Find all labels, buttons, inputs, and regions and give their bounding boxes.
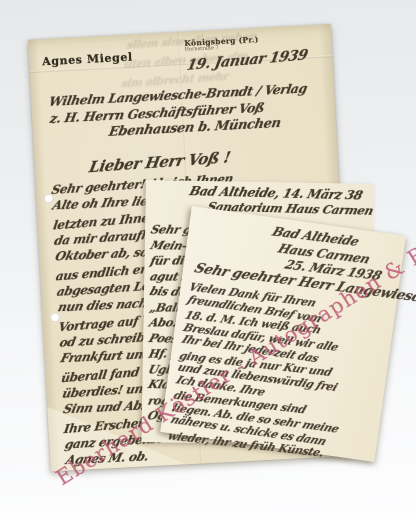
address-block: Wilhelm Langewiesche-Brandt / Verlag z. … <box>49 79 309 143</box>
photograph-of-letters: sllem sine allen nehenuten alben sehen s… <box>0 0 416 513</box>
